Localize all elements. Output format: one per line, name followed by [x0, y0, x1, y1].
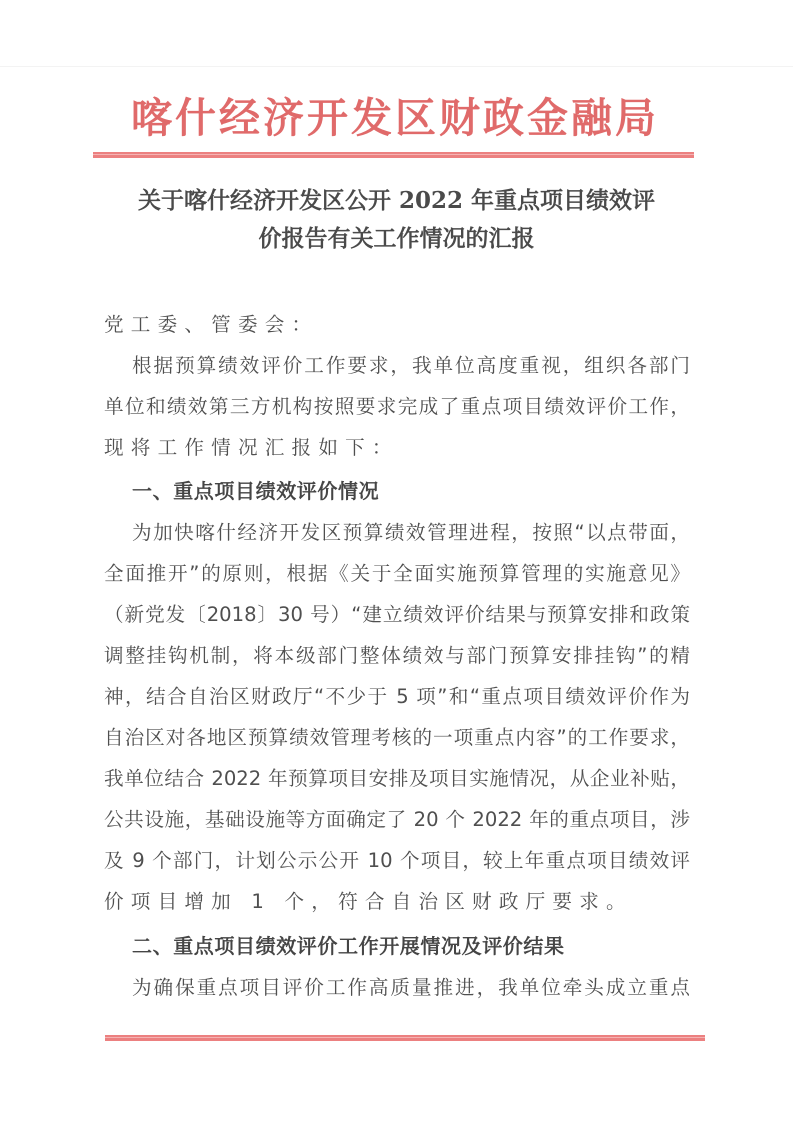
letterhead-red-rule [93, 152, 694, 158]
section-1-line-10: 价项目增加 1 个，符合自治区财政厅要求。 [104, 889, 690, 915]
section-1-line-3: （新党发〔2018〕30 号）“建立绩效评价结果与预算安排和政策 [104, 602, 690, 628]
footer-red-rule [105, 1035, 705, 1041]
section-1-line-7: 我单位结合 2022 年预算项目安排及项目实施情况，从企业补贴， [104, 766, 690, 792]
section-1-line-6: 自治区对各地区预算绩效管理考核的一项重点内容”的工作要求， [104, 725, 690, 751]
section-1-line-9: 及 9 个部门，计划公示公开 10 个项目，较上年重点项目绩效评 [104, 848, 690, 874]
section-1-line-5: 神，结合自治区财政厅“不少于 5 项”和“重点项目绩效评价作为 [104, 684, 690, 710]
section-1-heading: 一、重点项目绩效评价情况 [132, 478, 718, 504]
intro-line-1: 根据预算绩效评价工作要求，我单位高度重视，组织各部门 [132, 353, 690, 379]
section-1-line-2: 全面推开”的原则，根据《关于全面实施预算管理的实施意见》 [104, 561, 690, 587]
intro-line-3: 现将工作情况汇报如下： [104, 435, 690, 461]
section-2-line-1: 为确保重点项目评价工作高质量推进，我单位牵头成立重点 [132, 975, 690, 1001]
document-title-line-2: 价报告有关工作情况的汇报 [90, 224, 703, 254]
salutation: 党工委、管委会： [104, 312, 690, 338]
document-page: 喀什经济开发区财政金融局 关于喀什经济开发区公开 2022 年重点项目绩效评 价… [0, 0, 793, 1123]
section-1-line-4: 调整挂钩机制，将本级部门整体绩效与部门预算安排挂钩”的精 [104, 643, 690, 669]
document-title-line-1: 关于喀什经济开发区公开 2022 年重点项目绩效评 [90, 186, 703, 216]
intro-line-2: 单位和绩效第三方机构按照要求完成了重点项目绩效评价工作， [104, 394, 690, 420]
section-1-line-8: 公共设施，基础设施等方面确定了 20 个 2022 年的重点项目，涉 [104, 807, 690, 833]
section-1-line-1: 为加快喀什经济开发区预算绩效管理进程，按照“以点带面， [132, 520, 690, 546]
letterhead-organization: 喀什经济开发区财政金融局 [100, 92, 690, 144]
section-2-heading: 二、重点项目绩效评价工作开展情况及评价结果 [132, 933, 718, 959]
scan-edge [0, 66, 793, 67]
